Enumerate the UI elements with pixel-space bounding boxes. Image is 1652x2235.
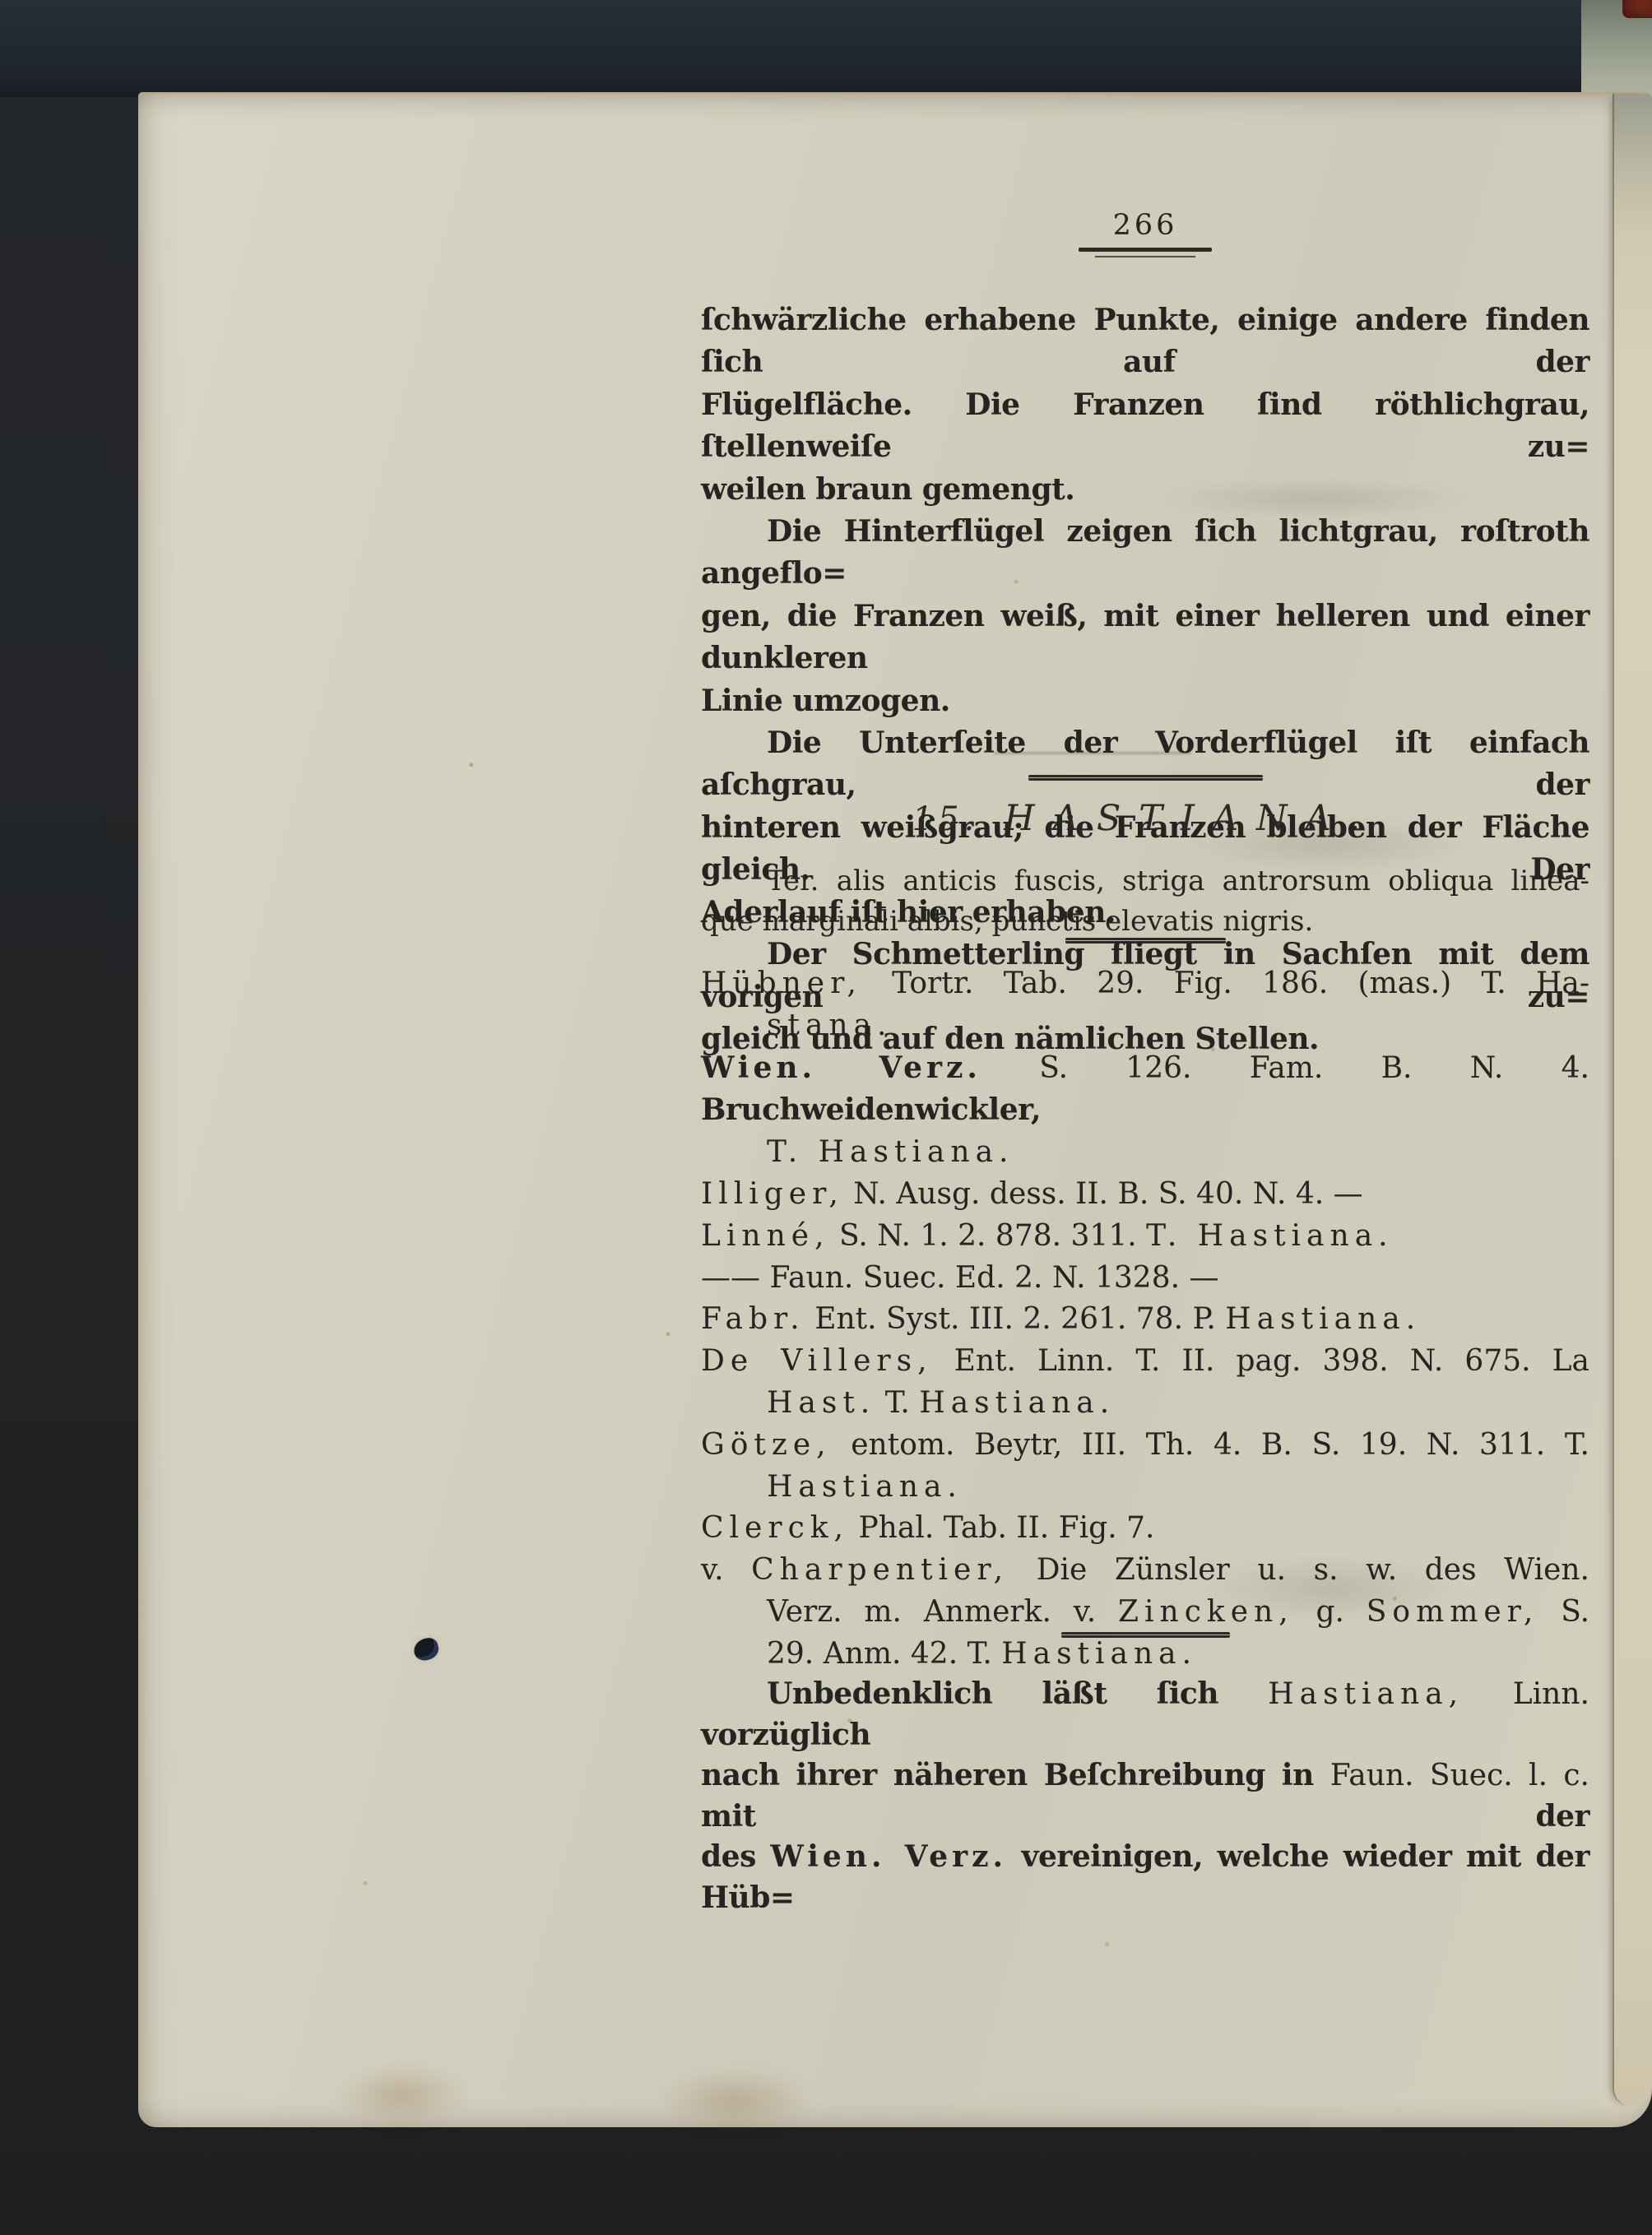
text-segment: Hastiana.	[767, 1470, 963, 1504]
text-segment: Linie umzogen.	[701, 684, 950, 718]
text-segment: Clerck,	[701, 1511, 849, 1545]
page-header: 266	[701, 209, 1589, 257]
text-line: Fabr. Ent. Syst. III. 2. 261. 78. P. Has…	[701, 1299, 1589, 1341]
text-segment: gen, die Franzen weiß, mit einer hellere…	[701, 599, 1589, 675]
text-segment: entom. Beytr, III. Th. 4. B. S. 19. N. 3…	[832, 1428, 1589, 1462]
text-segment: mit der	[701, 1799, 1589, 1834]
text-segment: S.	[1538, 1595, 1589, 1629]
text-line: weilen braun gemengt.	[701, 469, 1589, 511]
text-segment: Tortr. Tab. 29. Fig. 186. (mas.) T. Ha-	[862, 967, 1589, 1000]
text-segment: Charpentier,	[751, 1553, 1009, 1587]
text-segment: S. N. 1. 2. 878. 311.	[830, 1219, 1147, 1253]
text-segment: S. 126. Fam. B. N. 4.	[981, 1051, 1589, 1085]
text-segment: Phal. Tab. II. Fig. 7.	[849, 1511, 1154, 1545]
book-photo: 266 ſchwärzliche erhabene Punkte, einige…	[0, 0, 1652, 2235]
text-segment: weilen braun gemengt.	[701, 472, 1074, 507]
latin-diagnosis: Ter. alis anticis fuscis, striga antrors…	[701, 861, 1589, 942]
text-line: Hast. T. Hastiana.	[701, 1383, 1589, 1425]
text-segment: Verz. m. Anmerk. v.	[767, 1595, 1118, 1629]
text-segment: —— Faun. Suec. Ed. 2. N. 1328. —	[701, 1261, 1219, 1295]
text-line: Die Unterſeite der Vorderflügel iſt einf…	[701, 722, 1589, 807]
text-segment: 29. Anm. 42. T.	[767, 1637, 1001, 1671]
text-segment: Hastiana.	[919, 1386, 1115, 1420]
text-segment: stana.	[767, 1009, 893, 1042]
text-segment: v.	[701, 1553, 751, 1587]
species-name: HASTIANA.	[1004, 798, 1378, 839]
text-segment: des	[701, 1839, 770, 1874]
book-spine-red	[1622, 0, 1652, 18]
top-shadow-band	[0, 0, 1652, 97]
text-segment: Bruchweidenwickler,	[701, 1092, 1041, 1127]
text-segment: Ent. Linn. T. II. pag. 398. N. 675. La	[933, 1344, 1589, 1378]
text-line: ſchwärzliche erhabene Punkte, einige and…	[701, 299, 1589, 384]
text-segment: De Villers,	[701, 1344, 933, 1378]
text-segment: Illiger,	[701, 1177, 844, 1211]
text-segment: Hübner,	[701, 967, 862, 1000]
text-segment: Hastiana.	[1225, 1302, 1421, 1336]
text-segment: Fabr.	[701, 1302, 805, 1336]
text-segment: N. Ausg. dess. II. B. S. 40. N. 4. —	[844, 1177, 1363, 1211]
text-segment: vorzüglich	[701, 1718, 870, 1752]
page-number: 266	[701, 209, 1589, 242]
text-line: des Wien. Verz. vereinigen, welche wiede…	[701, 1837, 1589, 1918]
text-segment: T. Hastiana.	[767, 1135, 1014, 1169]
text-segment: nach ihrer näheren Beſchreibung in	[701, 1758, 1330, 1792]
text-segment: Unbedenklich läßt ſich	[767, 1676, 1268, 1711]
text-line: Götze, entom. Beytr, III. Th. 4. B. S. 1…	[701, 1425, 1589, 1467]
text-line: De Villers, Ent. Linn. T. II. pag. 398. …	[701, 1341, 1589, 1383]
text-segment: Die Zünsler u. s. w. des Wien.	[1009, 1553, 1589, 1587]
paper-stain	[657, 2068, 813, 2132]
page: 266 ſchwärzliche erhabene Punkte, einige…	[138, 92, 1652, 2127]
text-segment: Linné,	[701, 1219, 830, 1253]
text-line: Clerck, Phal. Tab. II. Fig. 7.	[701, 1508, 1589, 1550]
text-line: Linné, S. N. 1. 2. 878. 311. T. Hastiana…	[701, 1216, 1589, 1258]
text-segment: Linn.	[1464, 1677, 1589, 1711]
text-segment: Sommer,	[1367, 1595, 1539, 1629]
text-segment: que marginali albis, punctis elevatis ni…	[701, 905, 1313, 938]
text-line: Flügelfläche. Die Franzen ſind röthlichg…	[701, 384, 1589, 469]
text-line: v. Charpentier, Die Zünsler u. s. w. des…	[701, 1550, 1589, 1592]
text-line: T. Hastiana.	[701, 1132, 1589, 1174]
text-line: Ter. alis anticis fuscis, striga antrors…	[701, 861, 1589, 902]
page-number-rule	[1079, 248, 1212, 252]
text-segment: Ter. alis anticis fuscis, striga antrors…	[767, 865, 1589, 897]
text-line: Unbedenklich läßt ſich Hastiana, Linn. v…	[701, 1674, 1589, 1755]
text-line: Linie umzogen.	[701, 680, 1589, 722]
text-line: stana.	[701, 1005, 1589, 1047]
text-segment: Hastiana,	[1268, 1677, 1464, 1711]
text-segment: g.	[1294, 1595, 1367, 1629]
body-text: ſchwärzliche erhabene Punkte, einige and…	[701, 299, 1589, 1060]
text-segment: ſchwärzliche erhabene Punkte, einige and…	[701, 303, 1589, 379]
text-segment: Zincken,	[1118, 1595, 1294, 1629]
text-segment: Wien. Verz.	[701, 1050, 981, 1085]
text-line: —— Faun. Suec. Ed. 2. N. 1328. —	[701, 1258, 1589, 1300]
text-line: 29. Anm. 42. T. Hastiana.	[701, 1634, 1589, 1676]
text-line: Verz. m. Anmerk. v. Zincken, g. Sommer, …	[701, 1592, 1589, 1634]
text-line: Wien. Verz. S. 126. Fam. B. N. 4. Bruchw…	[701, 1047, 1589, 1133]
text-line: gen, die Franzen weiß, mit einer hellere…	[701, 596, 1589, 680]
citation-list: Hübner, Tortr. Tab. 29. Fig. 186. (mas.)…	[701, 963, 1589, 1676]
paper-stain	[336, 2065, 467, 2127]
text-segment: Hastiana.	[1001, 1637, 1197, 1671]
text-line: Hastiana.	[701, 1467, 1589, 1509]
species-number: 15.	[912, 800, 980, 838]
text-segment: Ent. Syst. III. 2. 261. 78. P.	[805, 1302, 1226, 1336]
text-segment: T.	[875, 1386, 919, 1420]
text-segment: Wien. Verz.	[770, 1839, 1007, 1874]
text-segment: Götze,	[701, 1428, 832, 1462]
species-heading: 15.HASTIANA.	[701, 798, 1589, 839]
text-segment: Faun. Suec. l. c.	[1330, 1759, 1589, 1792]
fore-edge-pages	[1613, 94, 1652, 2106]
text-segment: Die Unterſeite der Vorderflügel iſt einf…	[701, 726, 1589, 802]
text-segment: T. Hastiana.	[1146, 1219, 1393, 1253]
page-number-rule-thin	[1095, 256, 1195, 257]
text-line: Hübner, Tortr. Tab. 29. Fig. 186. (mas.)…	[701, 963, 1589, 1005]
ink-blot	[411, 1636, 440, 1662]
closing-paragraph: Unbedenklich läßt ſich Hastiana, Linn. v…	[701, 1674, 1589, 1918]
text-line: Illiger, N. Ausg. dess. II. B. S. 40. N.…	[701, 1174, 1589, 1216]
text-line: nach ihrer näheren Beſchreibung in Faun.…	[701, 1755, 1589, 1837]
text-segment: Flügelfläche. Die Franzen ſind röthlichg…	[701, 387, 1589, 464]
text-line: Die Hinterflügel zeigen ſich lichtgrau, …	[701, 511, 1589, 596]
text-segment: Die Hinterflügel zeigen ſich lichtgrau, …	[701, 514, 1589, 591]
text-segment: Hast.	[767, 1386, 875, 1420]
text-line: que marginali albis, punctis elevatis ni…	[701, 902, 1589, 942]
